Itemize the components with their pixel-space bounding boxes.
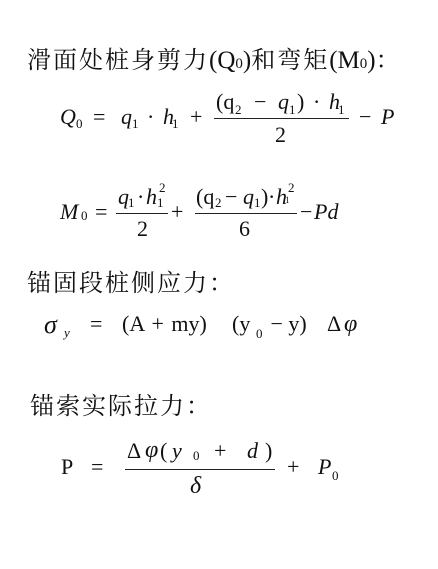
q-open: (Q xyxy=(209,47,235,74)
m0-tail: Pd xyxy=(314,199,338,225)
q0-eq: = xyxy=(93,104,105,130)
m0-f2-h-sup: 2 xyxy=(288,180,295,196)
q0-num-q1-sub: 1 xyxy=(289,102,296,118)
q-sub: 0 xyxy=(235,56,243,72)
sigma-phi: φ xyxy=(344,311,357,338)
sigma-rhs-b: (y xyxy=(232,311,250,337)
colon: ： xyxy=(209,269,235,297)
p-tail: P xyxy=(318,454,331,480)
q0-num-h-sub: 1 xyxy=(338,102,345,118)
m-open: (M xyxy=(329,47,360,74)
p-num-plus: + xyxy=(214,438,226,464)
q0-num-q2-sub: 2 xyxy=(235,102,242,118)
m0-f2-den: 6 xyxy=(239,216,250,242)
m0-minus: − xyxy=(300,199,312,225)
heading-text: 锚固段桩侧应力 xyxy=(27,269,209,297)
m0-f1-h-sup: 2 xyxy=(159,180,166,196)
m0-f2-dot: · xyxy=(268,184,275,210)
q0-den: 2 xyxy=(275,122,286,148)
m0-f1-h: h xyxy=(146,184,157,210)
sigma-lhs-sub: y xyxy=(64,325,70,341)
sigma-rhs-c: − y) xyxy=(265,311,307,337)
q0-t1-sub: 1 xyxy=(132,116,139,132)
heading-anchor-cable-tension: 锚索实际拉力： xyxy=(30,386,212,421)
sigma-delta: Δ xyxy=(327,311,341,337)
m0-f2-q: q xyxy=(243,184,254,210)
heading-text: 锚索实际拉力 xyxy=(30,392,186,420)
q0-tail: P xyxy=(381,104,394,130)
p-num-y: y xyxy=(172,438,182,464)
sigma-rhs-a: (A + my) xyxy=(122,311,207,337)
p-num-delta: Δ xyxy=(127,438,141,464)
m0-lhs-sub: 0 xyxy=(81,208,88,224)
sigma-lhs: σ xyxy=(44,310,57,340)
q0-lhs-sub: 0 xyxy=(76,116,83,132)
m0-f2-open: (q xyxy=(196,184,214,210)
heading-anchor-side-stress: 锚固段桩侧应力： xyxy=(27,263,235,298)
m0-f1-dot: · xyxy=(137,184,144,210)
p-fraction-bar xyxy=(125,469,275,470)
q0-dot: · xyxy=(147,104,154,130)
m0-f2-fraction-bar xyxy=(195,213,297,214)
q0-fraction-bar xyxy=(214,118,349,119)
q0-lhs: Q xyxy=(60,104,76,130)
m0-f2-q2-sub: 2 xyxy=(215,195,222,211)
q-close: ) xyxy=(243,47,251,74)
p-plus: + xyxy=(287,454,299,480)
m0-f1-den: 2 xyxy=(137,216,148,242)
m0-lhs: M xyxy=(60,199,78,225)
q0-num-dot: · xyxy=(313,89,320,115)
p-lhs: P xyxy=(61,454,73,480)
q0-t1: q xyxy=(121,104,132,130)
p-num-open: ( xyxy=(160,438,167,464)
q0-t2-sub: 1 xyxy=(172,116,179,132)
p-num-close: ) xyxy=(265,438,272,464)
m0-eq: = xyxy=(95,199,107,225)
p-eq: = xyxy=(91,454,103,480)
m-close: ) xyxy=(367,47,375,74)
m0-f1-fraction-bar xyxy=(116,213,168,214)
m0-f1-q-sub: 1 xyxy=(128,195,135,211)
p-den: δ xyxy=(190,473,201,500)
m0-plus: + xyxy=(171,199,183,225)
p-tail-sub: 0 xyxy=(332,468,339,484)
sigma-rhs-b-sub: 0 xyxy=(256,326,263,342)
q0-plus: + xyxy=(190,104,202,130)
q0-num-q: q xyxy=(278,89,289,115)
sigma-eq: = xyxy=(90,311,102,337)
p-num-y-sub: 0 xyxy=(193,448,200,464)
q0-num-minus: − xyxy=(254,89,266,115)
heading-text: 滑面处桩身剪力 xyxy=(27,46,209,74)
colon: ： xyxy=(186,392,212,420)
m0-f1-h-sub: 1 xyxy=(157,195,164,211)
m0-f2-q1-sub: 1 xyxy=(254,195,261,211)
p-num-phi: φ xyxy=(145,437,158,464)
m0-f2-h-sub: 1 xyxy=(285,195,290,205)
m0-f2-minus: − xyxy=(225,184,237,210)
heading-mid: 和弯矩 xyxy=(251,46,329,74)
heading-shear-moment: 滑面处桩身剪力(Q0)和弯矩(M0)： xyxy=(27,40,402,75)
colon: ： xyxy=(376,46,402,74)
q0-minus: − xyxy=(359,104,371,130)
p-num-d: d xyxy=(247,438,258,464)
q0-num-close: ) xyxy=(297,89,304,115)
q0-num-open: (q xyxy=(216,89,234,115)
